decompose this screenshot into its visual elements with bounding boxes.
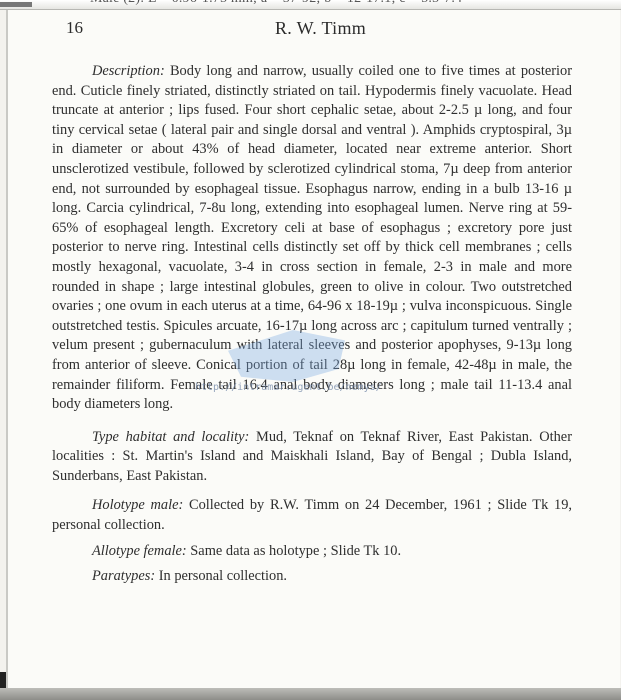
description-text: Body long and narrow, usually coiled one… bbox=[52, 63, 572, 412]
paratypes-text: In personal collection. bbox=[155, 568, 287, 584]
allotype-paragraph: Allotype female: Same data as holotype ;… bbox=[52, 542, 572, 562]
page-edge-shadow bbox=[0, 2, 32, 7]
bottom-page-edge bbox=[0, 688, 621, 700]
holotype-label: Holotype male: bbox=[92, 497, 183, 513]
paratypes-paragraph: Paratypes: In personal collection. bbox=[52, 567, 572, 587]
running-head-author: R. W. Timm bbox=[275, 18, 366, 39]
paratypes-label: Paratypes: bbox=[92, 568, 155, 584]
article-body: Description: Body long and narrow, usual… bbox=[52, 62, 572, 587]
allotype-text: Same data as holotype ; Slide Tk 10. bbox=[187, 543, 401, 559]
type-habitat-label: Type habitat and locality: bbox=[92, 429, 249, 445]
description-paragraph: Description: Body long and narrow, usual… bbox=[52, 62, 572, 415]
page-number: 16 bbox=[66, 18, 83, 38]
description-label: Description: bbox=[92, 63, 165, 79]
holotype-paragraph: Holotype male: Collected by R.W. Timm on… bbox=[52, 496, 572, 535]
page-header: 16 R. W. Timm bbox=[0, 18, 621, 42]
allotype-label: Allotype female: bbox=[92, 543, 187, 559]
cut-off-previous-line: Male (2): L = 0.96-1.75 mm; a = 57-92; b… bbox=[90, 0, 462, 7]
type-habitat-paragraph: Type habitat and locality: Mud, Teknaf o… bbox=[52, 428, 572, 487]
top-page-edge: Male (2): L = 0.96-1.75 mm; a = 57-92; b… bbox=[0, 0, 621, 10]
